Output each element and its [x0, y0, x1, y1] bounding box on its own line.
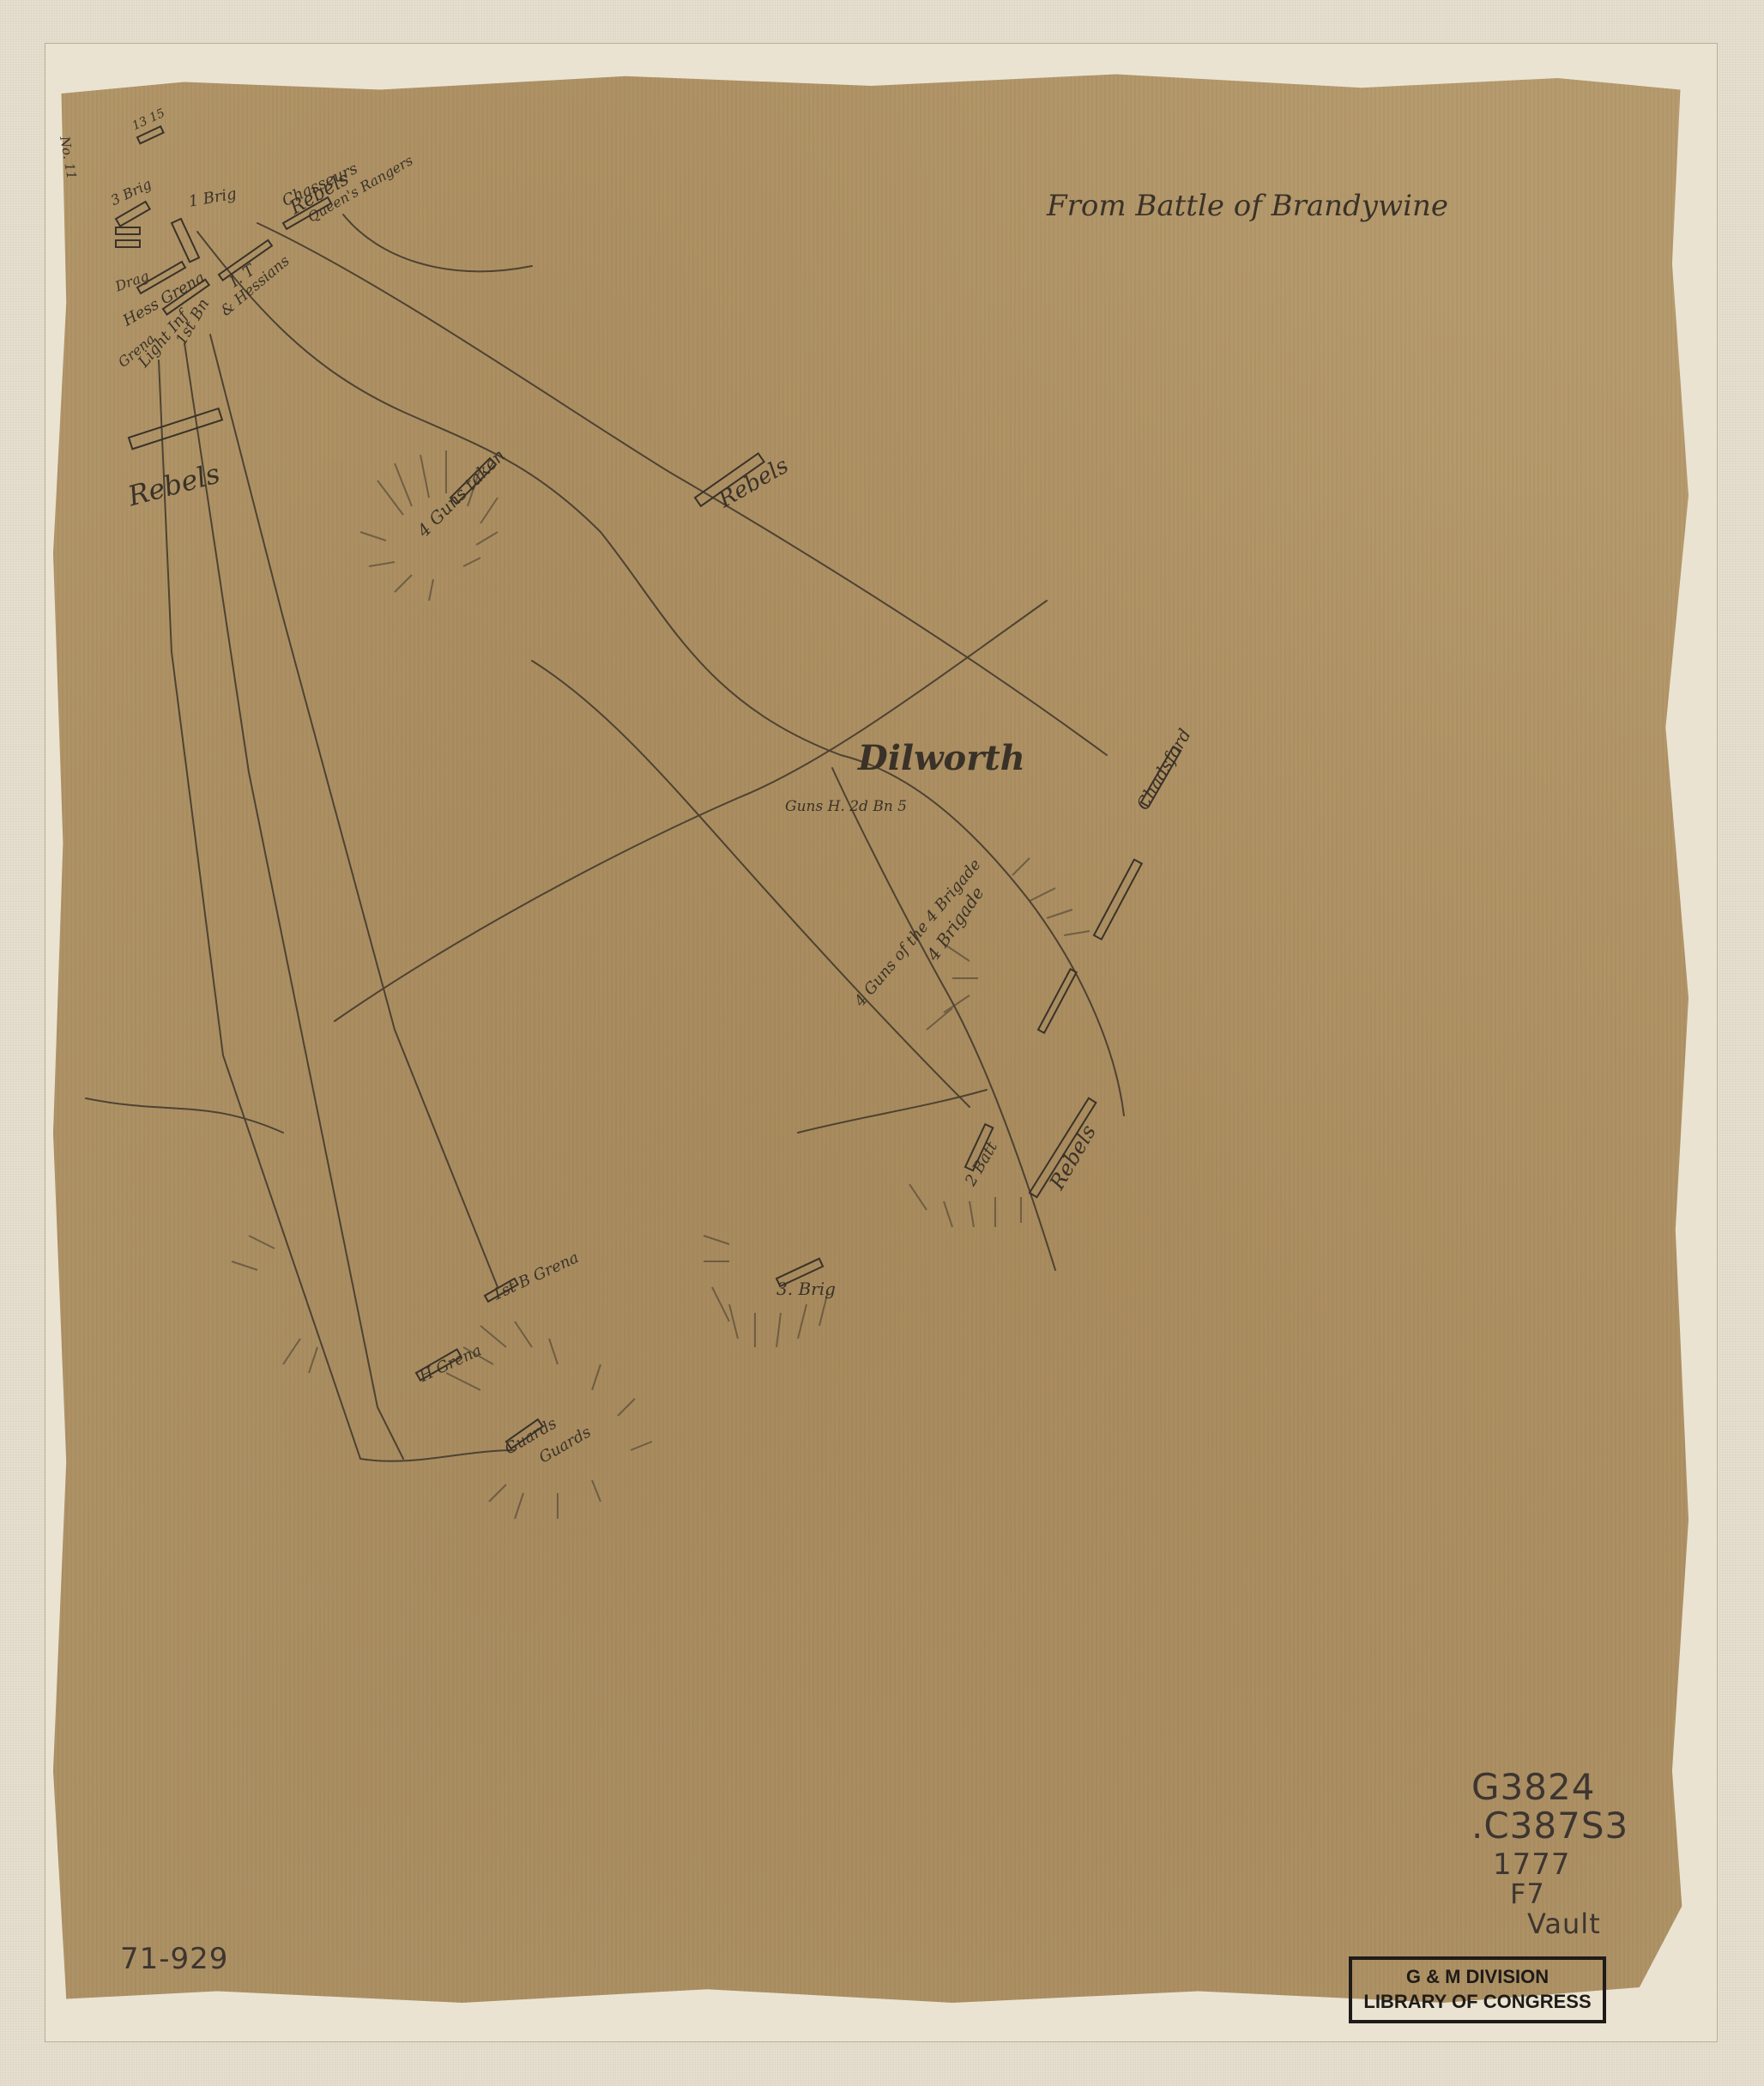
title-note: From Battle of Brandywine — [1047, 189, 1448, 223]
road-center — [532, 661, 970, 1107]
accession-number: 71-929 — [120, 1944, 228, 1975]
call-number-cutter: .C387S3 — [1471, 1806, 1628, 1846]
road-main — [197, 232, 1124, 1116]
storage-location: Vault — [1527, 1909, 1601, 1939]
library-stamp: G & M DIVISION LIBRARY OF CONGRESS — [1349, 1956, 1606, 2023]
stamp-line-2: LIBRARY OF CONGRESS — [1363, 1990, 1591, 2015]
unit-block-rebels-mid — [1038, 969, 1077, 1032]
place-label-dilworth: Dilworth — [858, 738, 1025, 778]
call-number-year: 1777 — [1493, 1849, 1571, 1881]
call-number-format: F7 — [1510, 1879, 1545, 1909]
stream-upper — [343, 215, 532, 271]
unit-block-it — [1094, 860, 1142, 940]
road-dilworth-s — [832, 768, 1055, 1270]
unit-block-rebels-west — [129, 408, 222, 449]
stamp-line-1: G & M DIVISION — [1406, 1965, 1549, 1990]
hill-lower-left — [232, 1236, 317, 1373]
unit-block-top-3c — [116, 240, 140, 247]
hill-2-batt — [909, 1184, 1021, 1227]
road-lower — [86, 1098, 283, 1133]
label-3-brig: 3. Brig — [776, 1279, 836, 1299]
road-bottom — [360, 1450, 515, 1461]
label-guns-note: Guns H. 2d Bn 5 — [785, 798, 907, 815]
call-number-class: G3824 — [1471, 1768, 1595, 1807]
unit-block-top-brig — [172, 219, 199, 262]
road-west-2 — [184, 343, 403, 1459]
unit-block-top-3b — [116, 227, 140, 234]
